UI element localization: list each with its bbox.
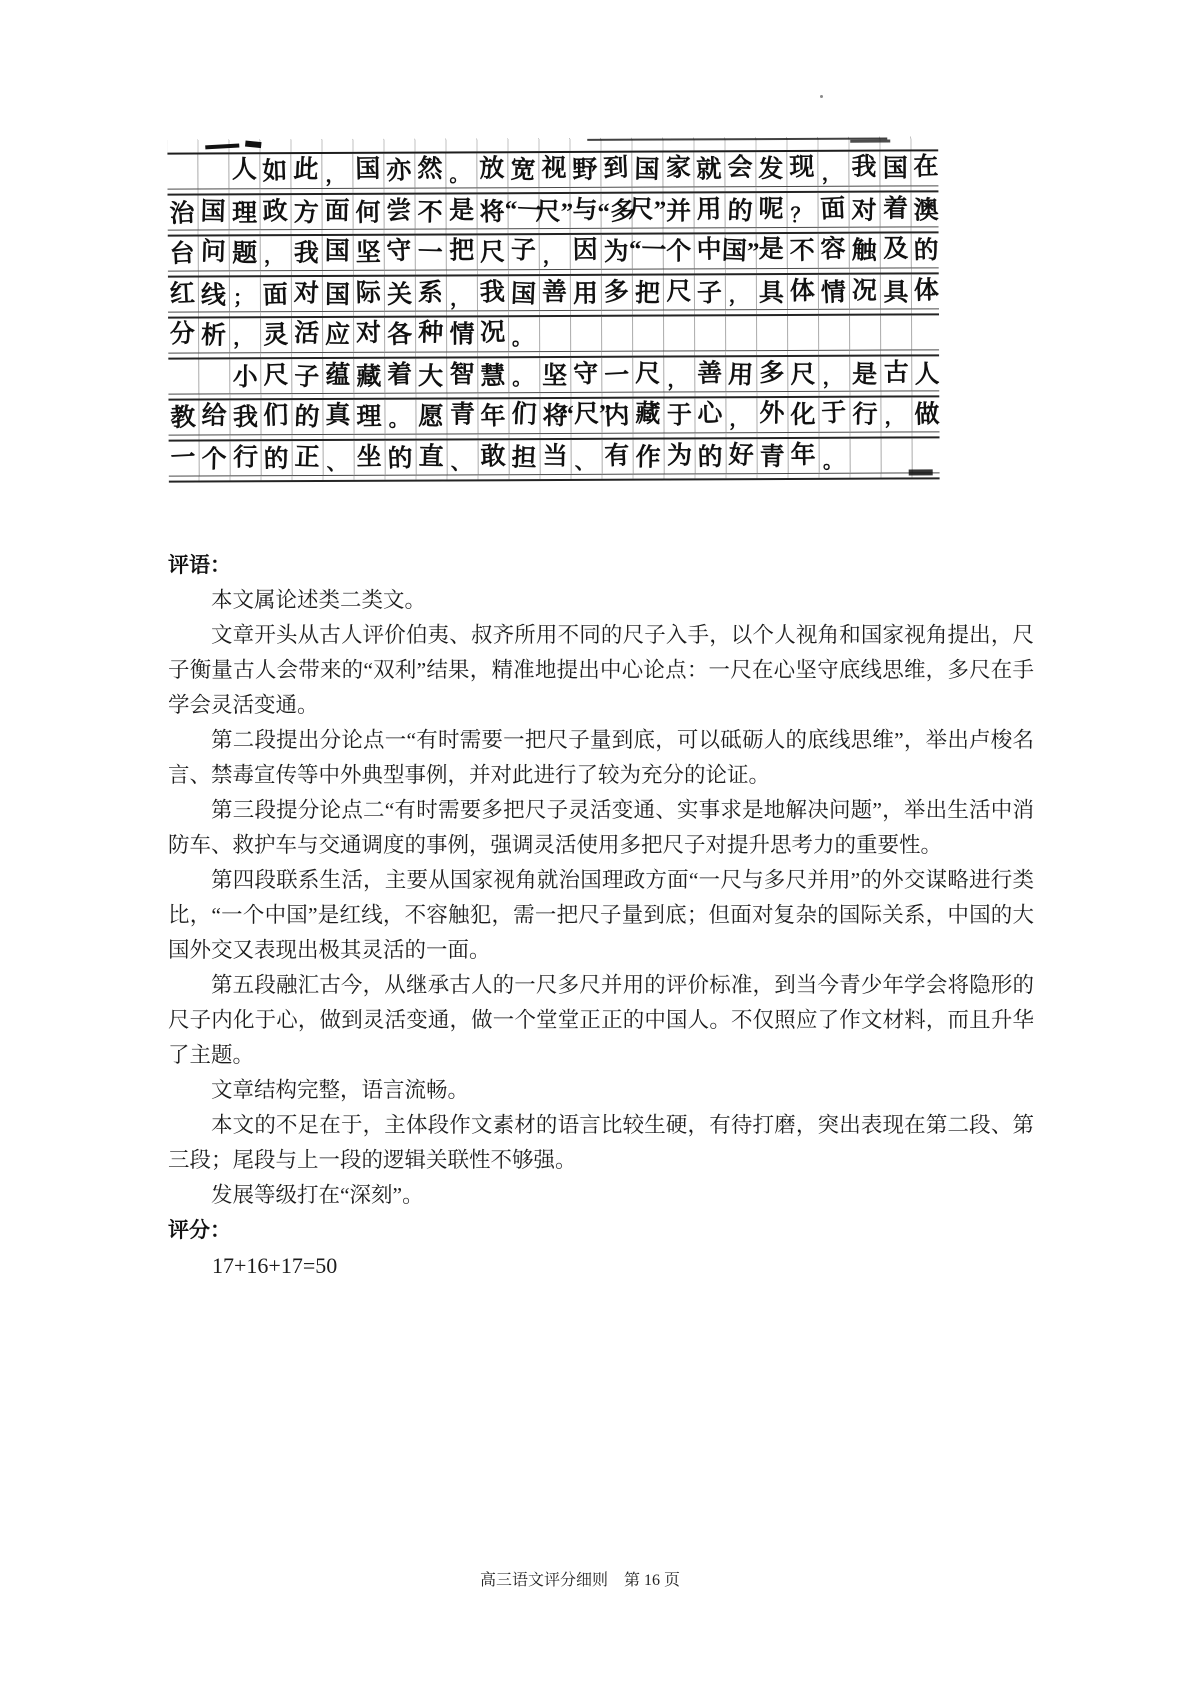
grid-cell: 面 bbox=[818, 193, 849, 227]
grid-cell bbox=[757, 316, 788, 350]
grid-cell: 坐 bbox=[355, 441, 386, 475]
grid-cell: 分 bbox=[168, 319, 199, 353]
handwritten-essay-scan: 人如此，国亦然。放宽视野到国家就会发现，我国在治国理政方面何尝不是将“一尺”与“… bbox=[167, 136, 940, 485]
grid-cell: “尺” bbox=[571, 399, 602, 433]
review-paragraph: 第四段联系生活，主要从国家视角就治国理政方面“一尺与多尺并用”的外交谋略进行类比… bbox=[168, 863, 1034, 968]
grid-cell: 政 bbox=[260, 195, 291, 229]
grid-cell: 情 bbox=[819, 275, 850, 309]
grid-cell: ， bbox=[664, 357, 695, 391]
grid-cell: 当 bbox=[541, 440, 572, 474]
grid-cell: 会 bbox=[725, 152, 756, 186]
grid-cell bbox=[167, 155, 198, 189]
grid-cell: 澳 bbox=[911, 192, 939, 226]
grid-cell: 具 bbox=[757, 275, 788, 309]
grid-cell: 多 bbox=[757, 357, 788, 391]
grid-cell: 内 bbox=[602, 399, 633, 433]
grid-cell: 的 bbox=[386, 441, 417, 475]
grid-cell: 直 bbox=[417, 440, 448, 474]
scan-row: 红线；面对国际关系，我国善用多把尺子，具体情况具体 bbox=[168, 274, 939, 312]
grid-cell: 藏 bbox=[354, 359, 385, 393]
grid-cell: 不 bbox=[788, 234, 819, 268]
grid-cell: 此 bbox=[291, 154, 322, 188]
grid-cell bbox=[198, 154, 229, 188]
grid-cell: ？ bbox=[787, 193, 818, 227]
grid-cell: “一 bbox=[633, 235, 664, 269]
grid-cell: 于 bbox=[819, 398, 850, 432]
grid-cell: 我 bbox=[292, 236, 323, 270]
score-label: 评分： bbox=[168, 1213, 1034, 1248]
page: { "essay_scan": { "lines": [ " 人如此，国亦然。放… bbox=[0, 0, 1200, 1698]
grid-cell: 国 bbox=[880, 151, 911, 185]
grid-cell: 灵 bbox=[261, 318, 292, 352]
grid-cell: 。 bbox=[446, 153, 477, 187]
grid-cell: ， bbox=[540, 235, 571, 269]
grid-cell: 况 bbox=[478, 317, 509, 351]
grid-cell: 国 bbox=[632, 153, 663, 187]
grid-cell: 好 bbox=[727, 439, 758, 473]
scan-row: 小尺子蕴藏着大智慧。坚守一尺，善用多尺，是古人 bbox=[168, 356, 939, 394]
grid-cell: 用 bbox=[694, 193, 725, 227]
grid-cell: 着 bbox=[385, 359, 416, 393]
grid-cell: ， bbox=[230, 318, 261, 352]
grid-cell: 坚 bbox=[540, 358, 571, 392]
grid-cell: 发 bbox=[756, 152, 787, 186]
review-paragraph: 本文的不足在于，主体段作文素材的语言比较生硬，有待打磨，突出表现在第二段、第三段… bbox=[168, 1108, 1034, 1178]
grid-cell: 国” bbox=[726, 234, 757, 268]
grid-cell: 国 bbox=[323, 236, 354, 270]
grid-cell: 是 bbox=[446, 194, 477, 228]
grid-cell: 真 bbox=[323, 400, 354, 434]
grid-cell: 个 bbox=[200, 441, 231, 475]
grid-cell: 对 bbox=[354, 318, 385, 352]
grid-cell: ， bbox=[726, 398, 757, 432]
grid-cell: 况 bbox=[850, 275, 881, 309]
grid-cell: 慧 bbox=[478, 358, 509, 392]
grid-cell: 用 bbox=[571, 276, 602, 310]
grid-cell: 宽 bbox=[508, 153, 539, 187]
grid-cell: 的 bbox=[696, 439, 727, 473]
grid-cell: 外 bbox=[757, 398, 788, 432]
grid-cell: 愿 bbox=[416, 399, 447, 433]
grid-cell: 。 bbox=[385, 400, 416, 434]
grid-cell: 各 bbox=[385, 318, 416, 352]
grid-cell: 具 bbox=[881, 274, 912, 308]
grid-cell: 、 bbox=[448, 440, 479, 474]
grid-cell bbox=[199, 359, 230, 393]
grid-cell: 野 bbox=[570, 153, 601, 187]
review-section: 评语： 本文属论述类二类文。 文章开头从古人评价伯夷、叔齐所用不同的尺子入手，以… bbox=[168, 548, 1034, 1283]
grid-cell: 们 bbox=[509, 399, 540, 433]
grid-cell: ， bbox=[447, 276, 478, 310]
grid-cell: 。 bbox=[820, 439, 851, 473]
grid-cell: 如 bbox=[260, 154, 291, 188]
scan-artifact bbox=[909, 469, 933, 475]
grid-cell: 。 bbox=[509, 358, 540, 392]
grid-cell: 小 bbox=[230, 359, 261, 393]
grid-cell bbox=[633, 317, 664, 351]
grid-cell: 担 bbox=[510, 440, 541, 474]
grid-cell: 尺” bbox=[632, 194, 663, 228]
grid-cell: 化 bbox=[788, 398, 819, 432]
review-paragraph: 第三段提分论点二“有时需要多把尺子灵活变通、实事求是地解决问题”，举出生活中消防… bbox=[168, 793, 1034, 863]
grid-cell: 尺 bbox=[633, 358, 664, 392]
grid-cell: 尺” bbox=[539, 194, 570, 228]
grid-cell: 视 bbox=[539, 153, 570, 187]
review-paragraph: 文章开头从古人评价伯夷、叔齐所用不同的尺子入手，以个人视角和国家视角提出，尺子衡… bbox=[168, 618, 1034, 723]
grid-cell: 尝 bbox=[384, 195, 415, 229]
score-value: 17+16+17=50 bbox=[168, 1248, 1034, 1283]
grid-cell: 行 bbox=[231, 441, 262, 475]
grid-cell: 心 bbox=[695, 398, 726, 432]
grid-cell: 智 bbox=[447, 358, 478, 392]
grid-cell: 把 bbox=[447, 235, 478, 269]
review-label: 评语： bbox=[168, 548, 1034, 583]
grid-cell: 教 bbox=[168, 401, 199, 435]
grid-cell: 善 bbox=[540, 276, 571, 310]
grid-cell: 应 bbox=[323, 318, 354, 352]
grid-cell: 红 bbox=[168, 278, 199, 312]
grid-cell: 关 bbox=[385, 277, 416, 311]
grid-cell: 呢 bbox=[756, 193, 787, 227]
grid-cell: 、 bbox=[572, 440, 603, 474]
grid-cell bbox=[912, 315, 940, 349]
grid-cell bbox=[695, 316, 726, 350]
grid-cell: 何 bbox=[353, 195, 384, 229]
grid-cell: 蕴 bbox=[323, 359, 354, 393]
grid-cell: 国 bbox=[323, 277, 354, 311]
grid-cell: 是 bbox=[850, 357, 881, 391]
grid-cell: 青 bbox=[758, 439, 789, 473]
grid-cell: 问 bbox=[199, 236, 230, 270]
grid-cell: 我 bbox=[849, 152, 880, 186]
grid-cell: 面 bbox=[322, 195, 353, 229]
scan-row: 教给我们的真理。愿青年们将“尺”内藏于心，外化于行，做 bbox=[168, 397, 939, 435]
grid-cell: 古 bbox=[881, 356, 912, 390]
review-paragraph: 发展等级打在“深刻”。 bbox=[168, 1178, 1034, 1213]
grid-cell: ， bbox=[881, 397, 912, 431]
scan-artifact bbox=[205, 143, 239, 149]
scan-artifact bbox=[245, 141, 262, 149]
grid-cell: 及 bbox=[881, 233, 912, 267]
grid-cell: 是 bbox=[757, 234, 788, 268]
scan-artifact bbox=[850, 140, 890, 143]
review-paragraph: 第二段提出分论点一“有时需要一把尺子量到底，可以砥砺人的底线思维”，举出卢梭名言… bbox=[168, 723, 1034, 793]
grid-cell: 守 bbox=[571, 358, 602, 392]
grid-cell bbox=[168, 360, 199, 394]
grid-cell bbox=[571, 317, 602, 351]
scan-row: 台问题，我国坚守一把尺子，因为“一个中国”是不容触及的 bbox=[168, 233, 939, 271]
scan-grid: 人如此，国亦然。放宽视野到国家就会发现，我国在治国理政方面何尝不是将“一尺”与“… bbox=[167, 151, 939, 482]
grid-cell: ， bbox=[726, 275, 757, 309]
grid-cell: 一 bbox=[602, 358, 633, 392]
grid-cell: 们 bbox=[261, 400, 292, 434]
grid-cell: 把 bbox=[633, 276, 664, 310]
grid-cell: ； bbox=[230, 277, 261, 311]
grid-cell: 现 bbox=[787, 152, 818, 186]
grid-cell: 到 bbox=[601, 153, 632, 187]
grid-cell: 子 bbox=[292, 359, 323, 393]
grid-cell bbox=[540, 317, 571, 351]
grid-cell: ， bbox=[261, 236, 292, 270]
grid-cell: 作 bbox=[634, 440, 665, 474]
grid-cell: 容 bbox=[819, 234, 850, 268]
grid-cell: 理 bbox=[354, 400, 385, 434]
grid-cell: 面 bbox=[261, 277, 292, 311]
grid-cell: 尺 bbox=[788, 357, 819, 391]
grid-cell: 然 bbox=[415, 153, 446, 187]
grid-cell: 守 bbox=[385, 236, 416, 270]
grid-cell: 给 bbox=[199, 400, 230, 434]
grid-cell: 并 bbox=[663, 193, 694, 227]
grid-cell bbox=[913, 438, 940, 472]
grid-cell: 多 bbox=[602, 276, 633, 310]
grid-cell: 尺 bbox=[664, 275, 695, 309]
grid-cell: 青 bbox=[447, 399, 478, 433]
grid-cell: 坚 bbox=[354, 236, 385, 270]
grid-cell: 一 bbox=[169, 442, 200, 476]
grid-cell: ， bbox=[818, 152, 849, 186]
grid-cell: 人 bbox=[229, 154, 260, 188]
grid-cell: 着 bbox=[880, 192, 911, 226]
grid-cell: 正 bbox=[293, 441, 324, 475]
grid-cell: 人 bbox=[912, 356, 940, 390]
grid-cell: 体 bbox=[912, 274, 940, 308]
grid-cell: 善 bbox=[695, 357, 726, 391]
grid-cell: 尺 bbox=[478, 235, 509, 269]
grid-cell: 种 bbox=[416, 317, 447, 351]
grid-cell: 于 bbox=[664, 398, 695, 432]
grid-cell: 行 bbox=[850, 398, 881, 432]
grid-cell: 、 bbox=[324, 441, 355, 475]
grid-cell: 家 bbox=[663, 152, 694, 186]
grid-cell: 就 bbox=[694, 152, 725, 186]
stray-dot bbox=[820, 95, 823, 98]
grid-cell: 的 bbox=[725, 193, 756, 227]
grid-cell: 触 bbox=[850, 234, 881, 268]
review-paragraph: 第五段融汇古今，从继承古人的一尺多尺并用的评价标准，到当今青少年学会将隐形的尺子… bbox=[168, 968, 1034, 1073]
grid-cell bbox=[850, 316, 881, 350]
grid-cell: 用 bbox=[726, 357, 757, 391]
grid-cell: 的 bbox=[262, 441, 293, 475]
grid-cell: 放 bbox=[477, 153, 508, 187]
grid-cell bbox=[819, 316, 850, 350]
grid-cell: 年 bbox=[789, 439, 820, 473]
grid-cell: 大 bbox=[416, 358, 447, 392]
grid-cell: 理 bbox=[229, 195, 260, 229]
grid-cell: 不 bbox=[415, 194, 446, 228]
grid-cell: 际 bbox=[354, 277, 385, 311]
page-footer: 高三语文评分细则 第 16 页 bbox=[0, 1571, 1160, 1591]
grid-cell: 有 bbox=[603, 440, 634, 474]
grid-cell: 尺 bbox=[261, 359, 292, 393]
grid-cell: 子 bbox=[695, 275, 726, 309]
grid-cell: 对 bbox=[292, 277, 323, 311]
grid-cell: 个 bbox=[664, 234, 695, 268]
grid-cell: 体 bbox=[788, 275, 819, 309]
grid-cell bbox=[881, 315, 912, 349]
grid-cell: 活 bbox=[292, 318, 323, 352]
grid-cell: 在 bbox=[911, 151, 939, 185]
grid-cell: 年 bbox=[478, 399, 509, 433]
scan-row: 人如此，国亦然。放宽视野到国家就会发现，我国在 bbox=[167, 151, 938, 189]
grid-cell: 治 bbox=[167, 196, 198, 230]
grid-cell: 一 bbox=[416, 235, 447, 269]
grid-cell: 我 bbox=[230, 400, 261, 434]
grid-cell: 为 bbox=[665, 439, 696, 473]
grid-cell: 做 bbox=[912, 397, 939, 431]
grid-cell: 台 bbox=[168, 237, 199, 271]
grid-cell bbox=[726, 316, 757, 350]
grid-cell: 对 bbox=[849, 193, 880, 227]
scan-row: 分析，灵活应对各种情况。 bbox=[168, 315, 939, 353]
grid-cell: 系 bbox=[416, 276, 447, 310]
grid-cell: 因 bbox=[571, 235, 602, 269]
scan-row: 一个行的正、坐的直、敢担当、有作为的好青年。 bbox=[169, 438, 940, 476]
grid-cell: 敢 bbox=[479, 440, 510, 474]
grid-cell: 我 bbox=[478, 276, 509, 310]
grid-cell: 线 bbox=[199, 277, 230, 311]
grid-cell bbox=[602, 317, 633, 351]
grid-cell: 国 bbox=[353, 154, 384, 188]
grid-cell bbox=[851, 439, 882, 473]
grid-cell: 藏 bbox=[633, 399, 664, 433]
grid-cell bbox=[664, 316, 695, 350]
grid-cell: 国 bbox=[509, 276, 540, 310]
grid-cell bbox=[882, 438, 913, 472]
scan-artifact bbox=[587, 138, 887, 141]
grid-cell: 子 bbox=[509, 235, 540, 269]
grid-cell: 析 bbox=[199, 318, 230, 352]
grid-cell: 题 bbox=[230, 236, 261, 270]
grid-cell: 的 bbox=[292, 400, 323, 434]
review-paragraph: 文章结构完整，语言流畅。 bbox=[168, 1073, 1034, 1108]
grid-cell: 情 bbox=[447, 317, 478, 351]
grid-cell: 。 bbox=[509, 317, 540, 351]
review-paragraph: 本文属论述类二类文。 bbox=[168, 583, 1034, 618]
grid-cell: 亦 bbox=[384, 154, 415, 188]
grid-cell: 国 bbox=[198, 195, 229, 229]
grid-cell: ， bbox=[819, 357, 850, 391]
grid-cell: ， bbox=[322, 154, 353, 188]
grid-cell: 方 bbox=[291, 195, 322, 229]
scan-row: 治国理政方面何尝不是将“一尺”与“多尺”并用的呢？面对着澳 bbox=[167, 192, 938, 230]
grid-cell: 的 bbox=[912, 233, 940, 267]
grid-cell bbox=[788, 316, 819, 350]
